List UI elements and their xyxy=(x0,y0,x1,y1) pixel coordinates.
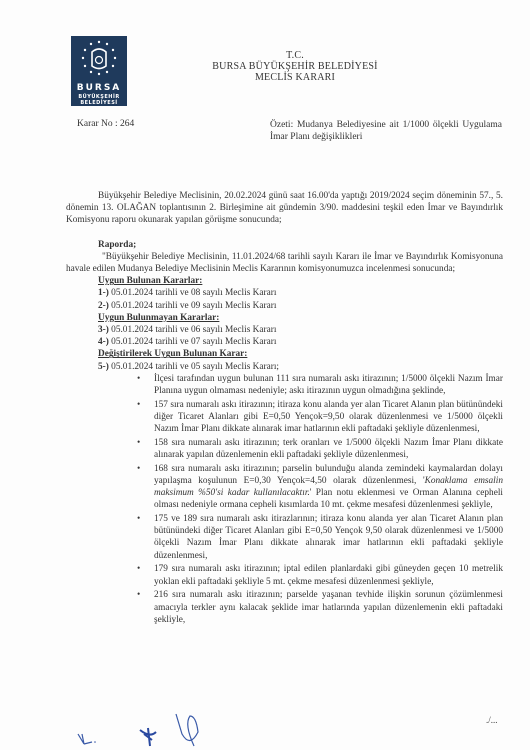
report-heading: Raporda; xyxy=(66,239,503,251)
bursa-logo: BURSA BÜYÜKŞEHİR BELEDİYESİ xyxy=(71,36,127,106)
bullet-item: 168 sıra numaralı askı itirazının; parse… xyxy=(154,463,503,512)
emblem-icon xyxy=(71,36,127,82)
bullet-item: İlçesi tarafından uygun bulunan 111 sıra… xyxy=(154,373,503,397)
objection-list: İlçesi tarafından uygun bulunan 111 sıra… xyxy=(66,373,503,626)
bullet-item: 179 sıra numaralı askı itirazının; iptal… xyxy=(154,563,503,587)
list-item: 5-) 05.01.2024 tarihli ve 05 sayılı Mecl… xyxy=(66,361,503,373)
list-item: 1-) 05.01.2024 tarihli ve 08 sayılı Mecl… xyxy=(66,287,503,299)
document-page: BURSA BÜYÜKŞEHİR BELEDİYESİ T.C. BURSA B… xyxy=(0,0,530,750)
continuation-mark: ./... xyxy=(486,715,498,725)
decision-summary: Özeti: Mudanya Belediyesine ait 1/1000 ö… xyxy=(270,119,502,143)
section-heading-modified: Değiştirilerek Uygun Bulunan Karar: xyxy=(66,348,503,360)
signature-icon xyxy=(70,712,200,750)
logo-subtitle-2: BELEDİYESİ xyxy=(71,100,127,106)
decision-number: Karar No : 264 xyxy=(77,119,134,129)
bullet-item: 216 sıra numaralı askı itirazının; parse… xyxy=(154,589,503,626)
header-institution: BURSA BÜYÜKŞEHİR BELEDİYESİ xyxy=(150,61,440,72)
list-item: 4-) 05.01.2024 tarihli ve 07 sayılı Mecl… xyxy=(66,336,503,348)
logo-title: BURSA xyxy=(71,83,127,93)
list-item: 3-) 05.01.2024 tarihli ve 06 sayılı Mecl… xyxy=(66,324,503,336)
section-heading-approved: Uygun Bulunan Kararlar: xyxy=(66,275,503,287)
section-heading-rejected: Uygun Bulunmayan Kararlar: xyxy=(66,312,503,324)
document-body: Büyükşehir Belediye Meclisinin, 20.02.20… xyxy=(66,190,503,627)
header-title: MECLİS KARARI xyxy=(150,72,440,83)
intro-paragraph: Büyükşehir Belediye Meclisinin, 20.02.20… xyxy=(66,190,503,227)
bullet-item: 157 sıra numaralı askı itirazının; itira… xyxy=(154,399,503,436)
report-paragraph: "Büyükşehir Belediye Meclisinin, 11.01.2… xyxy=(66,251,503,275)
bullet-item: 175 ve 189 sıra numaralı askı itirazları… xyxy=(154,513,503,562)
bullet-item: 158 sıra numaralı askı itirazının; terk … xyxy=(154,437,503,461)
list-item: 2-) 05.01.2024 tarihli ve 09 sayılı Mecl… xyxy=(66,300,503,312)
header-tc: T.C. xyxy=(150,50,440,61)
